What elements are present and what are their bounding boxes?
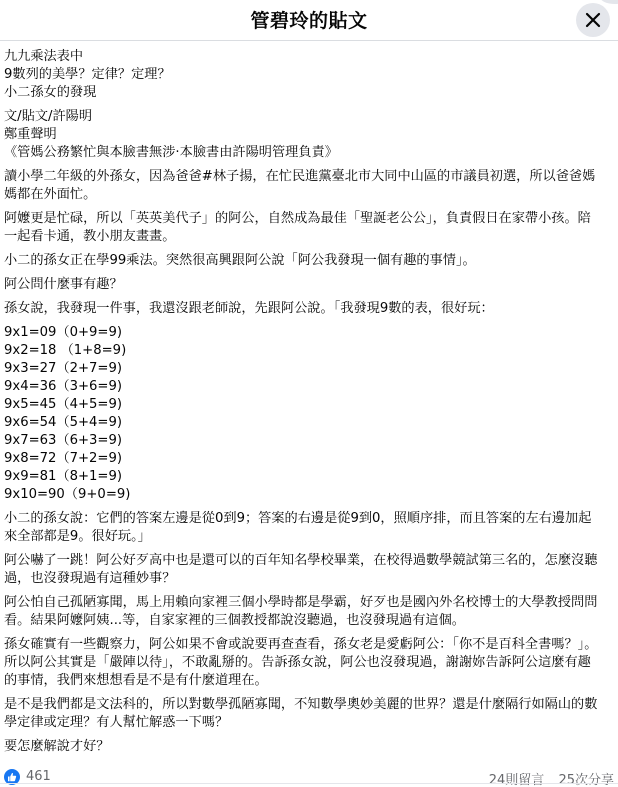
paragraph-line: 阿公嚇了一跳！阿公好歹高中也是還可以的百年知名學校畢業，在校得過數學競試第三名的…: [4, 552, 614, 570]
table-row: 9x1=09（0+9=9): [4, 324, 614, 342]
table-row: 9x2=18 （1+8=9): [4, 342, 614, 360]
table-row: 9x9=81（8+1=9): [4, 468, 614, 486]
paragraph-line: 孫女說，我發現一件事，我還沒跟老師說，先跟阿公說。「我發現9數的表，很好玩：: [4, 300, 614, 318]
paragraph-line: 阿公問什麼事有趣？: [4, 276, 614, 294]
paragraph-line: 阿公怕自己孤陋寡聞，馬上用賴向家裡三個小學時都是學霸，好歹也是國內外名校博士的大…: [4, 594, 614, 612]
post-paragraph: 讀小學二年級的外孫女，因為爸爸#林子揚，在忙民進黨臺北市大同中山區的市議員初選，…: [4, 168, 614, 204]
like-count[interactable]: 461: [26, 769, 51, 784]
paragraph-line: 《管媽公務繁忙與本臉書無涉‧本臉書由許陽明管理負責》: [4, 144, 614, 162]
paragraph-line: 文/貼文/許陽明: [4, 108, 614, 126]
close-icon: [585, 12, 601, 28]
paragraph-line: 讀小學二年級的外孫女，因為爸爸#林子揚，在忙民進黨臺北市大同中山區的市議員初選，…: [4, 168, 614, 186]
table-row: 9x3=27（2+7=9): [4, 360, 614, 378]
post-paragraph: 阿公問什麼事有趣？: [4, 276, 614, 294]
post-paragraph: 是不是我們都是文法科的，所以對數學孤陋寡聞，不知數學奧妙美麗的世界？還是什麼隔行…: [4, 696, 614, 732]
background-element: [600, 0, 618, 4]
paragraph-line: 小二孫女的發現: [4, 84, 614, 102]
paragraph-line: 所以阿公其實是「嚴陣以待」，不敢亂掰的。告訴孫女說，阿公也沒發現過，謝謝妳告訴阿…: [4, 654, 614, 672]
post-paragraph: 小二的孫女正在學99乘法。突然很高興跟阿公說「阿公我發現一個有趣的事情」。: [4, 252, 614, 270]
paragraph-line: 9數列的美學？定律？定理？: [4, 66, 614, 84]
close-button[interactable]: [576, 3, 610, 37]
paragraph-line: 是不是我們都是文法科的，所以對數學孤陋寡聞，不知數學奧妙美麗的世界？還是什麼隔行…: [4, 696, 614, 714]
post-body: 九九乘法表中9數列的美學？定律？定理？小二孫女的發現文/貼文/許陽明鄭重聲明《管…: [4, 48, 614, 762]
paragraph-line: 九九乘法表中: [4, 48, 614, 66]
post-stats: 24則留言 25次分享: [479, 769, 614, 787]
post-paragraph: 文/貼文/許陽明鄭重聲明《管媽公務繁忙與本臉書無涉‧本臉書由許陽明管理負責》: [4, 108, 614, 162]
paragraph-line: 小二的孫女說：它們的答案左邊是從0到9；答案的右邊是從9到0，照順序排，而且答案…: [4, 510, 614, 528]
post-paragraph: 要怎麼解說才好？: [4, 738, 614, 756]
table-row: 9x6=54（5+4=9): [4, 414, 614, 432]
paragraph-line: 阿嬤更是忙碌，所以「英英美代子」的阿公，自然成為最佳「聖誕老公公」，負責假日在家…: [4, 210, 614, 228]
post-footer: 461 24則留言 25次分享: [0, 768, 618, 787]
paragraph-line: 的事情，我們來想想看是不是有什麼道理在。: [4, 672, 614, 690]
table-row: 9x8=72（7+2=9): [4, 450, 614, 468]
table-row: 9x4=36（3+6=9): [4, 378, 614, 396]
post-paragraph: 阿公怕自己孤陋寡聞，馬上用賴向家裡三個小學時都是學霸，好歹也是國內外名校博士的大…: [4, 594, 614, 630]
table-row: 9x7=63（6+3=9): [4, 432, 614, 450]
paragraph-line: 媽都在外面忙。: [4, 186, 614, 204]
post-paragraph: 孫女確實有一些觀察力，阿公如果不會或說要再查查看，孫女老是愛虧阿公：「你不是百科…: [4, 636, 614, 690]
divider: [0, 783, 618, 784]
thumbs-up-icon: [7, 772, 17, 782]
post-paragraph: 孫女說，我發現一件事，我還沒跟老師說，先跟阿公說。「我發現9數的表，很好玩：: [4, 300, 614, 318]
paragraph-line: 學定律或定理？有人幫忙解惑一下嗎？: [4, 714, 614, 732]
post-paragraph: 小二的孫女說：它們的答案左邊是從0到9；答案的右邊是從9到0，照順序排，而且答案…: [4, 510, 614, 546]
post-paragraph: 阿公嚇了一跳！阿公好歹高中也是還可以的百年知名學校畢業，在校得過數學競試第三名的…: [4, 552, 614, 588]
paragraph-line: 看。結果阿嬤阿姨...等，自家家裡的三個教授都說沒聽過，也沒發現過有這個。: [4, 612, 614, 630]
share-count-link[interactable]: 25次分享: [558, 773, 614, 787]
paragraph-line: 來全部都是9。很好玩。」: [4, 528, 614, 546]
dialog-title: 管碧玲的貼文: [0, 6, 618, 33]
paragraph-line: 孫女確實有一些觀察力，阿公如果不會或說要再查查看，孫女老是愛虧阿公：「你不是百科…: [4, 636, 614, 654]
post-paragraph: 阿嬤更是忙碌，所以「英英美代子」的阿公，自然成為最佳「聖誕老公公」，負責假日在家…: [4, 210, 614, 246]
table-row: 9x10=90（9+0=9): [4, 486, 614, 504]
paragraph-line: 鄭重聲明: [4, 126, 614, 144]
paragraph-line: 要怎麼解說才好？: [4, 738, 614, 756]
comment-count-link[interactable]: 24則留言: [489, 773, 545, 787]
paragraph-line: 一起看卡通，教小朋友畫畫。: [4, 228, 614, 246]
dialog-header: 管碧玲的貼文: [0, 0, 618, 41]
table-row: 9x5=45（4+5=9): [4, 396, 614, 414]
paragraph-line: 小二的孫女正在學99乘法。突然很高興跟阿公說「阿公我發現一個有趣的事情」。: [4, 252, 614, 270]
paragraph-line: 過，也沒發現過有這種妙事？: [4, 570, 614, 588]
multiplication-table: 9x1=09（0+9=9)9x2=18 （1+8=9)9x3=27（2+7=9)…: [4, 324, 614, 504]
post-paragraph: 九九乘法表中9數列的美學？定律？定理？小二孫女的發現: [4, 48, 614, 102]
